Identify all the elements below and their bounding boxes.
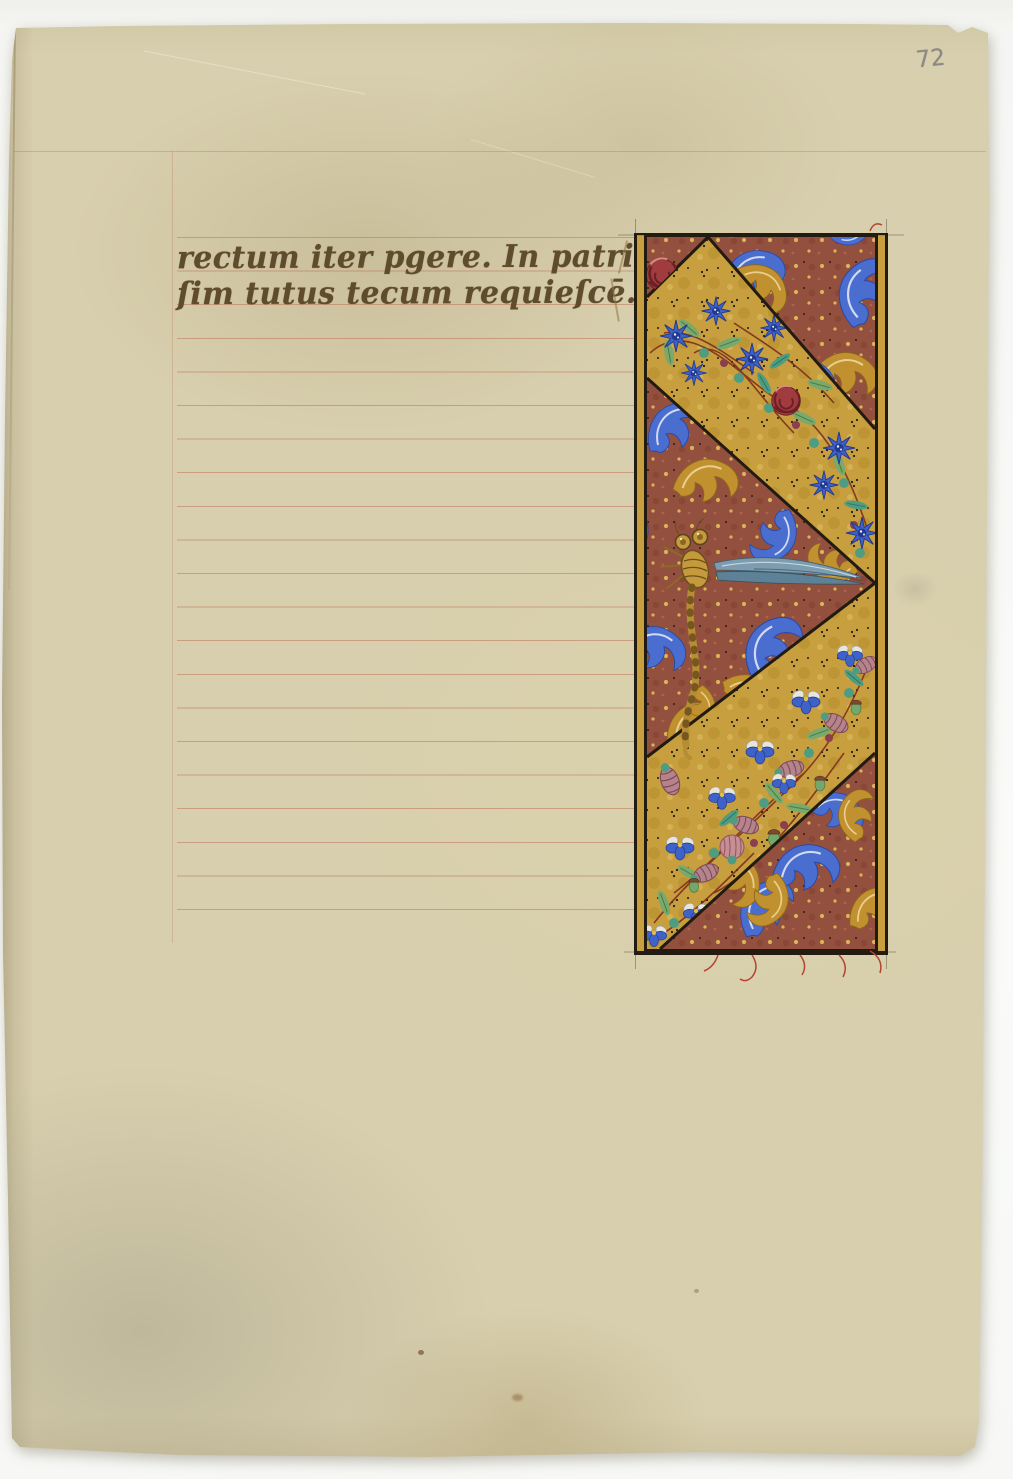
scratch-mark [471,139,596,178]
parchment-stain [694,1289,699,1293]
header-rule-horizontal [14,151,986,152]
margin-rule-vertical [172,151,173,943]
fiber-marks [608,238,634,334]
parchment-crease [8,30,16,590]
folio-number: 72 [915,45,947,74]
manuscript-line-1: rectum iter pgere. In patriam poſ [177,238,643,276]
manuscript-line-2: ſim tutus tecum requieſcē. Amē. [177,274,643,312]
ruled-lines [177,237,638,937]
parchment-stain [418,1350,424,1355]
scratch-mark [144,51,365,95]
photo-backdrop: rectum iter pgere. In patriam poſ ſim tu… [0,0,1013,1479]
parchment-stain [512,1394,523,1401]
illuminated-border-panel [634,233,888,957]
leaf-shadow-wrap: rectum iter pgere. In patriam poſ ſim tu… [0,0,1013,1479]
parchment-leaf: rectum iter pgere. In patriam poſ ſim tu… [0,0,1013,1479]
show-through-smudge [893,572,937,606]
